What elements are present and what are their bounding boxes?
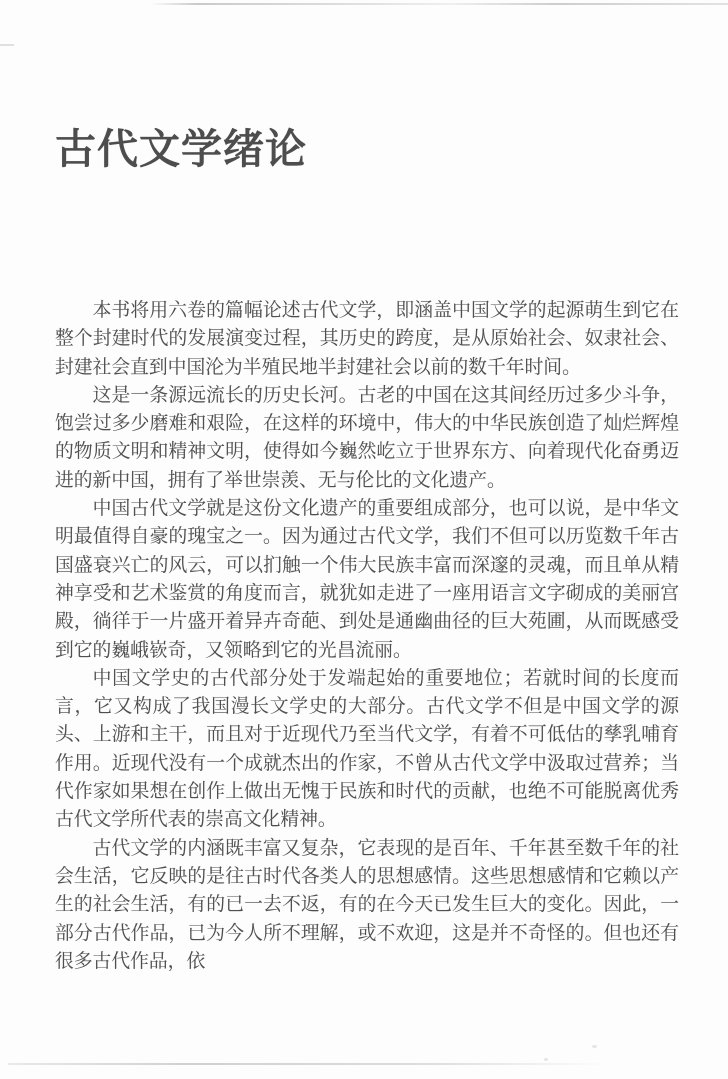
page-title: 古代文学绪论: [55, 116, 307, 175]
body-paragraph: 中国古代文学就是这份文化遗产的重要组成部分，也可以说，是中华文明最值得自豪的瑰宝…: [55, 495, 679, 665]
scan-artifact-speck: [592, 1045, 597, 1048]
scan-artifact-top-line: [150, 3, 728, 5]
scan-artifact-bottom-line: [8, 1063, 608, 1065]
scan-artifact-top-dash: [0, 44, 14, 46]
body-paragraph: 这是一条源远流长的历史长河。古老的中国在这其间经历过多少斗争，饱尝过多少磨难和艰…: [55, 382, 679, 495]
scanned-book-page: 古代文学绪论 本书将用六卷的篇幅论述古代文学，即涵盖中国文学的起源萌生到它在整个…: [0, 0, 728, 1079]
body-text: 本书将用六卷的篇幅论述古代文学，即涵盖中国文学的起源萌生到它在整个封建时代的发展…: [55, 297, 679, 976]
body-paragraph: 本书将用六卷的篇幅论述古代文学，即涵盖中国文学的起源萌生到它在整个封建时代的发展…: [55, 297, 679, 382]
body-paragraph: 古代文学的内涵既丰富又复杂，它表现的是百年、千年甚至数千年的社会生活，它反映的是…: [55, 835, 679, 976]
body-paragraph: 中国文学史的古代部分处于发端起始的重要地位；若就时间的长度而言，它又构成了我国漫…: [55, 665, 679, 835]
scan-artifact-speck: [544, 1058, 548, 1061]
